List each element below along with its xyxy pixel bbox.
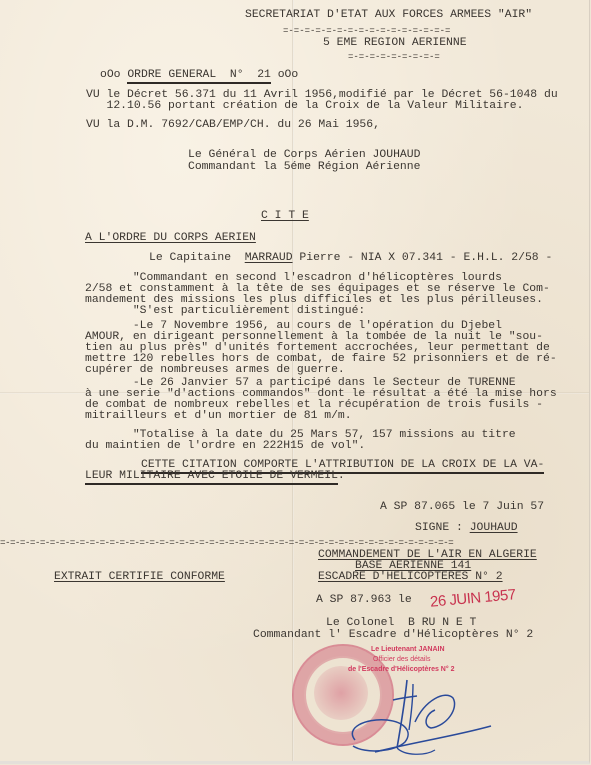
officer-stamp-line-1: Le Lieutenant JANAIN	[371, 646, 445, 653]
citation-line: cupérer de nombreuses armes de guerre.	[85, 365, 345, 376]
signed-by: SIGNE : JOUHAUD	[415, 523, 518, 534]
cite-heading: C I T E	[261, 211, 309, 222]
person-name: MARRAUD	[245, 252, 293, 264]
extract-place: A SP 87.963 le	[316, 595, 419, 606]
region-header: 5 EME REGION AERIENNE	[323, 38, 467, 49]
handwritten-signature	[335, 670, 495, 760]
citation-line: du maintien de l'ordre en 222H15 de vol"…	[85, 441, 365, 452]
attribution-line-2: LEUR MILITAIRE AVEC ETOILE DE VERMEIL.	[85, 471, 345, 482]
document-page: SECRETARIAT D'ETAT AUX FORCES ARMEES "AI…	[0, 0, 590, 764]
date-stamp: 26 JUIN 1957	[429, 586, 516, 610]
ministry-header: SECRETARIAT D'ETAT AUX FORCES ARMEES "AI…	[245, 10, 532, 21]
citation-line: mitrailleurs et d'un mortier de 81 m/m.	[85, 411, 352, 422]
signer-name: JOUHAUD	[470, 522, 518, 534]
officer-stamp-line-2: Officier des détails	[373, 656, 430, 663]
vu-dm-line: VU la D.M. 7692/CAB/EMP/CH. du 26 Mai 19…	[86, 120, 380, 131]
place-date: A SP 87.065 le 7 Juin 57	[380, 502, 544, 513]
general-name: Le Général de Corps Aérien JOUHAUD	[188, 150, 420, 161]
region-separator: =-=-=-=-=-=-=-=-=	[348, 52, 440, 63]
vu-decree-line-2: 12.10.56 portant création de la Croix de…	[86, 101, 523, 112]
cited-person: Le Capitaine MARRAUD Pierre - NIA X 07.3…	[149, 253, 552, 264]
cite-order-of: A L'ORDRE DU CORPS AERIEN	[85, 233, 256, 244]
general-title: Commandant la 5éme Région Aérienne	[188, 162, 420, 173]
person-rank: Le Capitaine	[149, 252, 245, 264]
citation-line: "S'est particulièrement distingué:	[85, 306, 365, 317]
colonel-title: Commandant l' Escadre d'Hélicoptères N° …	[253, 630, 533, 641]
certified-extract: EXTRAIT CERTIFIE CONFORME	[54, 572, 225, 583]
section-divider: =-=-=-=-=-=-=-=-=-=-=-=-=-=-=-=-=-=-=-=-…	[0, 537, 453, 548]
header-separator: =-=-=-=-=-=-=-=-=-=-=-=-=-=-=-=	[283, 26, 450, 37]
colonel-name: Le Colonel B RU N E T	[326, 618, 476, 629]
person-details: Pierre - NIA X 07.341 - E.H.L. 2/58 -	[293, 252, 553, 264]
order-suffix: oOo	[271, 69, 298, 81]
order-prefix: oOo	[100, 69, 127, 81]
order-title: oOo ORDRE GENERAL N° 21 oOo	[100, 70, 298, 81]
command-line-3: ESCADRE D'HELICOPTERES N° 2	[318, 572, 503, 583]
order-number: ORDRE GENERAL N° 21	[127, 69, 271, 84]
